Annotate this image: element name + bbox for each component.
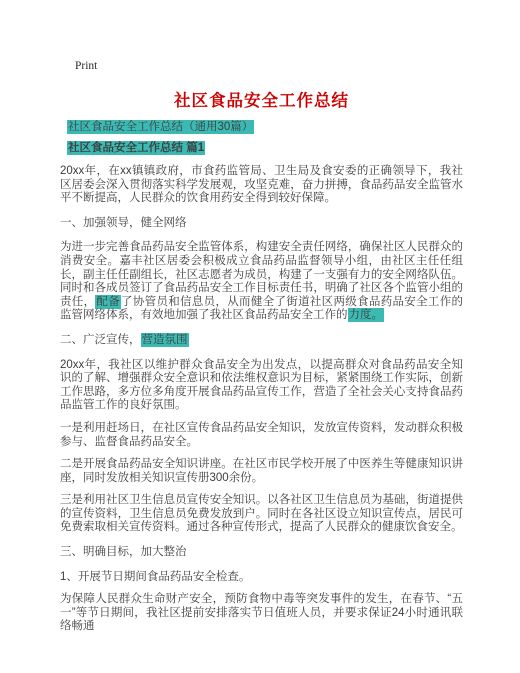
- section-heading-2: 二、广泛宣传，营造氛围: [60, 334, 463, 348]
- section-heading-2-text: 二、广泛宣传，: [60, 334, 141, 346]
- paragraph-1-text-b: 了协管员和信息员，从而健全了街道社区两级食品药品安全工作的监管网络体系，有效地加…: [60, 296, 463, 322]
- paragraph-6: 为保障人民群众生命财产安全，预防食物中毒等突发事件的发生，在春节、“五一”等节日…: [60, 593, 463, 634]
- list-item-1: 1、开展节日期间食品药品安全检查。: [60, 571, 463, 585]
- paragraph-2: 20xx年，我社区以维护群众食品安全为出发点，以提高群众对食品药品安全知识的了解…: [60, 359, 463, 413]
- section-heading-3: 三、明确目标，加大整治: [60, 546, 463, 560]
- chapter-heading-row: 社区食品安全工作总结 篇1: [67, 141, 463, 156]
- intro-paragraph: 20xx年，在xx镇镇政府，市食药监管局、卫生局及食安委的正确领导下，我社区居委…: [60, 165, 463, 206]
- section-heading-2-highlight: 营造氛围: [141, 333, 189, 347]
- print-link[interactable]: Print: [75, 60, 97, 72]
- document-page: Print 社区食品安全工作总结 社区食品安全工作总结（通用30篇） 社区食品安…: [0, 0, 520, 673]
- paragraph-1-highlight-b: 力度。: [348, 308, 385, 322]
- article-subtitle: 社区食品安全工作总结（通用30篇）: [67, 120, 254, 134]
- paragraph-4: 二是开展食品药品安全知识讲座。在社区市民学校开展了中医养生等健康知识讲座，同时发…: [60, 458, 463, 485]
- paragraph-1-highlight-a: 配备: [95, 295, 121, 309]
- page-title: 社区食品安全工作总结: [60, 87, 463, 111]
- article-subtitle-row: 社区食品安全工作总结（通用30篇）: [67, 120, 463, 135]
- paragraph-5: 三是利用社区卫生信息员宣传安全知识。以各社区卫生信息员为基础，街道提供的宣传资料…: [60, 494, 463, 535]
- paragraph-1: 为进一步完善食品药品安全监管体系，构建安全责任网络，确保社区人民群众的消费安全。…: [60, 241, 463, 323]
- chapter-heading: 社区食品安全工作总结 篇1: [67, 141, 205, 155]
- paragraph-3: 一是利用赶场日，在社区宣传食品药品安全知识，发放宣传资料，发动群众积极参与、监督…: [60, 422, 463, 449]
- section-heading-1: 一、加强领导，健全网络: [60, 217, 463, 231]
